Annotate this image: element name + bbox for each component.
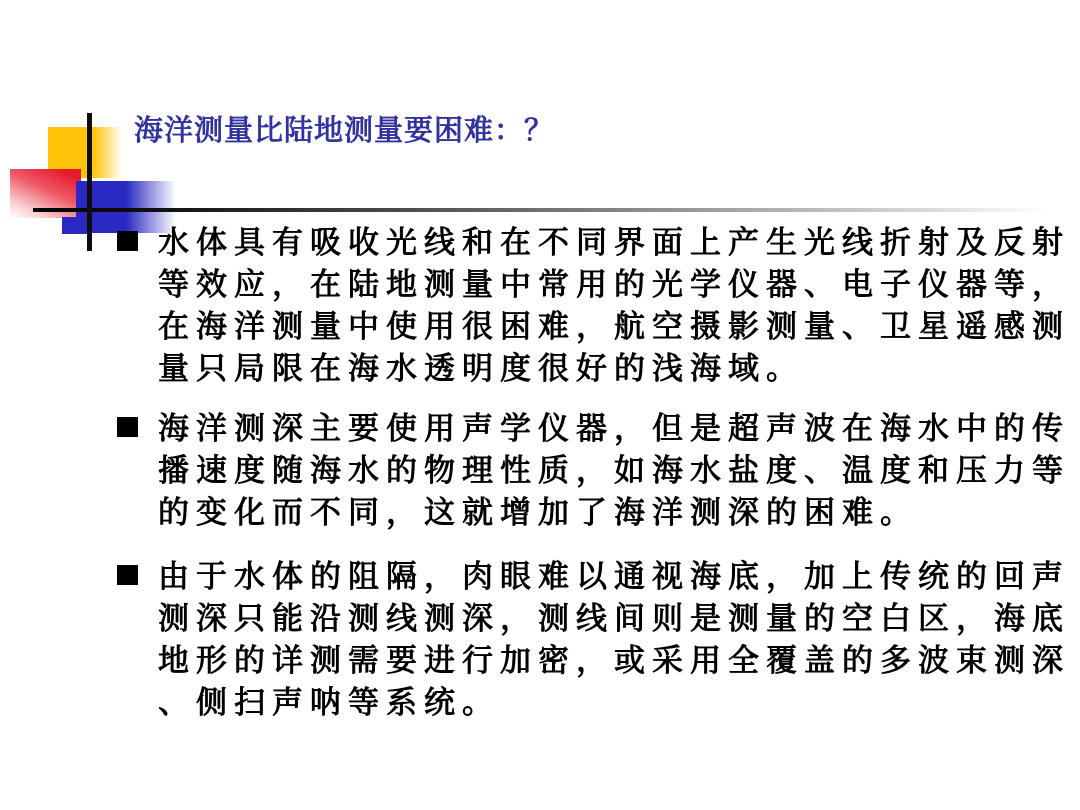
bullet-line: 地形的详测需要进行加密，或采用全覆盖的多波束测深: [158, 640, 1058, 682]
bullet-paragraph-3: 由于水体的阻隔，肉眼难以通视海底，加上传统的回声 测深只能沿测线测深，测线间则是…: [158, 556, 1058, 724]
bullet-line: 的变化而不同，这就增加了海洋测深的困难。: [158, 492, 1058, 534]
slide-title: 海洋测量比陆地测量要困难：？: [134, 108, 554, 149]
bullet-paragraph-1: 水体具有吸收光线和在不同界面上产生光线折射及反射 等效应，在陆地测量中常用的光学…: [158, 222, 1058, 390]
bullet-line: 在海洋测量中使用很困难，航空摄影测量、卫星遥感测: [158, 306, 1058, 348]
bullet-square-icon: [117, 231, 138, 251]
bullet-paragraph-2: 海洋测深主要使用声学仪器，但是超声波在海水中的传 播速度随海水的物理性质，如海水…: [158, 408, 1058, 534]
bullet-square-icon: [117, 417, 138, 437]
decor-vertical-line: [87, 113, 92, 251]
decor-blue-small-square: [62, 217, 89, 234]
bullet-line: 水体具有吸收光线和在不同界面上产生光线折射及反射: [158, 222, 1058, 264]
bullet-line: 、侧扫声呐等系统。: [158, 682, 1058, 724]
bullet-square-icon: [117, 565, 138, 585]
bullet-line: 量只局限在海水透明度很好的浅海域。: [158, 348, 1058, 390]
bullet-line: 海洋测深主要使用声学仪器，但是超声波在海水中的传: [158, 408, 1058, 450]
bullet-line: 播速度随海水的物理性质，如海水盐度、温度和压力等: [158, 450, 1058, 492]
bullet-line: 等效应，在陆地测量中常用的光学仪器、电子仪器等，: [158, 264, 1058, 306]
title-divider-line: [33, 208, 1047, 212]
bullet-line: 由于水体的阻隔，肉眼难以通视海底，加上传统的回声: [158, 556, 1058, 598]
bullet-line: 测深只能沿测线测深，测线间则是测量的空白区，海底: [158, 598, 1058, 640]
slide: 海洋测量比陆地测量要困难：？ 水体具有吸收光线和在不同界面上产生光线折射及反射 …: [0, 0, 1080, 810]
